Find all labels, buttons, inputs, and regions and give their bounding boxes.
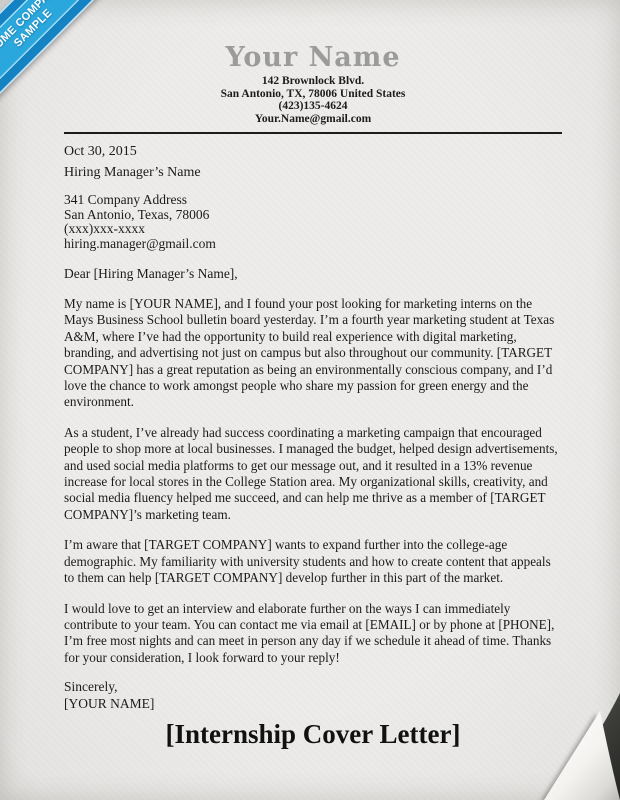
recipient-name: Hiring Manager’s Name <box>64 165 562 181</box>
body-paragraph-4: I would love to get an interview and ela… <box>64 601 562 667</box>
applicant-email: Your.Name@gmail.com <box>64 113 562 126</box>
body-paragraph-2: As a student, I’ve already had success c… <box>64 425 562 523</box>
company-address-block: 341 Company Address San Antonio, Texas, … <box>64 193 562 251</box>
header-divider <box>64 132 562 134</box>
body-paragraph-3: I’m aware that [TARGET COMPANY] wants to… <box>64 537 562 586</box>
signature-placeholder: [YOUR NAME] <box>64 696 562 712</box>
cover-letter-page: Your Name 142 Brownlock Blvd. San Antoni… <box>0 0 620 800</box>
letter-date: Oct 30, 2015 <box>64 144 562 160</box>
body-paragraph-1: My name is [YOUR NAME], and I found your… <box>64 296 562 411</box>
company-street: 341 Company Address <box>64 193 562 208</box>
applicant-street: 142 Brownlock Blvd. <box>64 75 562 88</box>
applicant-phone: (423)135-4624 <box>64 100 562 113</box>
document-stage: Your Name 142 Brownlock Blvd. San Antoni… <box>0 0 620 800</box>
letter-content: Your Name 142 Brownlock Blvd. San Antoni… <box>0 0 620 749</box>
closing: Sincerely, <box>64 679 562 695</box>
letterhead: Your Name 142 Brownlock Blvd. San Antoni… <box>64 0 562 125</box>
document-title: [Internship Cover Letter] <box>64 719 562 749</box>
company-city-state: San Antonio, Texas, 78006 <box>64 208 562 223</box>
applicant-city-state: San Antonio, TX, 78006 United States <box>64 88 562 101</box>
applicant-name: Your Name <box>64 44 562 72</box>
page-curl <box>530 685 620 800</box>
company-phone: (xxx)xxx-xxxx <box>64 222 562 237</box>
salutation: Dear [Hiring Manager’s Name], <box>64 266 562 282</box>
company-email: hiring.manager@gmail.com <box>64 237 562 252</box>
